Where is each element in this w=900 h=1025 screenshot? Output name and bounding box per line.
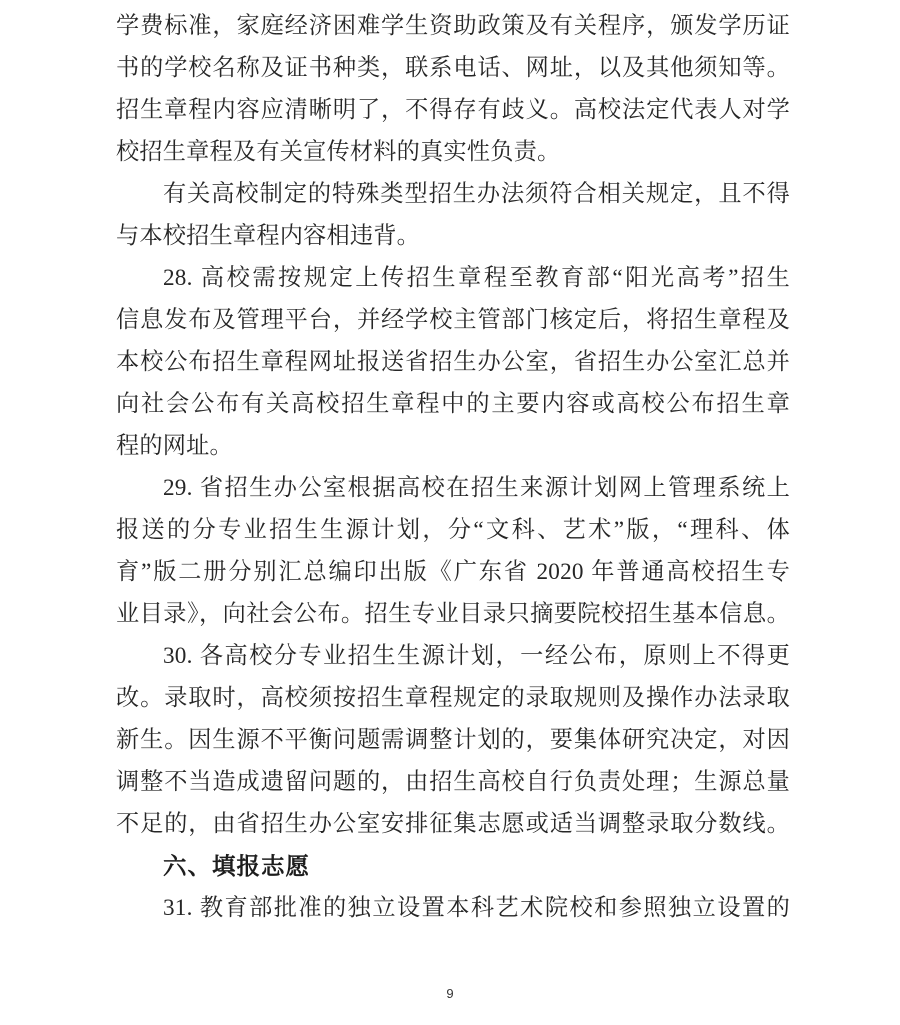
text-line: 有关高校制定的特殊类型招生办法须符合相关规定，且不得 xyxy=(116,173,790,215)
text-line: 程的网址。 xyxy=(116,425,790,467)
text-line: 31. 教育部批准的独立设置本科艺术院校和参照独立设置的 xyxy=(116,887,790,929)
text-line: 校招生章程及有关宣传材料的真实性负责。 xyxy=(116,131,790,173)
text-line: 28. 高校需按规定上传招生章程至教育部“阳光高考”招生 xyxy=(116,257,790,299)
text-line: 招生章程内容应清晰明了，不得存有歧义。高校法定代表人对学 xyxy=(116,89,790,131)
text-line: 29. 省招生办公室根据高校在招生来源计划网上管理系统上 xyxy=(116,467,790,509)
text-line: 与本校招生章程内容相违背。 xyxy=(116,215,790,257)
text-line: 不足的，由省招生办公室安排征集志愿或适当调整录取分数线。 xyxy=(116,803,790,845)
text-line: 调整不当造成遗留问题的，由招生高校自行负责处理；生源总量 xyxy=(116,761,790,803)
text-line: 30. 各高校分专业招生生源计划，一经公布，原则上不得更 xyxy=(116,635,790,677)
text-line: 本校公布招生章程网址报送省招生办公室，省招生办公室汇总并 xyxy=(116,341,790,383)
text-line: 书的学校名称及证书种类，联系电话、网址，以及其他须知等。 xyxy=(116,47,790,89)
text-line: 报送的分专业招生生源计划，分“文科、艺术”版，“理科、体 xyxy=(116,509,790,551)
text-line: 新生。因生源不平衡问题需调整计划的，要集体研究决定，对因 xyxy=(116,719,790,761)
text-line: 信息发布及管理平台，并经学校主管部门核定后，将招生章程及 xyxy=(116,299,790,341)
text-line: 育”版二册分别汇总编印出版《广东省 2020 年普通高校招生专 xyxy=(116,551,790,593)
text-line: 学费标准，家庭经济困难学生资助政策及有关程序，颁发学历证 xyxy=(116,5,790,47)
text-line: 向社会公布有关高校招生章程中的主要内容或高校公布招生章 xyxy=(116,383,790,425)
page-body-text: 学费标准，家庭经济困难学生资助政策及有关程序，颁发学历证 书的学校名称及证书种类… xyxy=(116,5,790,929)
section-heading: 六、填报志愿 xyxy=(116,845,790,887)
page-number: 9 xyxy=(0,986,900,1001)
text-line: 改。录取时，高校须按招生章程规定的录取规则及操作办法录取 xyxy=(116,677,790,719)
document-page: 学费标准，家庭经济困难学生资助政策及有关程序，颁发学历证 书的学校名称及证书种类… xyxy=(0,0,900,1025)
text-line: 业目录》，向社会公布。招生专业目录只摘要院校招生基本信息。 xyxy=(116,593,790,635)
